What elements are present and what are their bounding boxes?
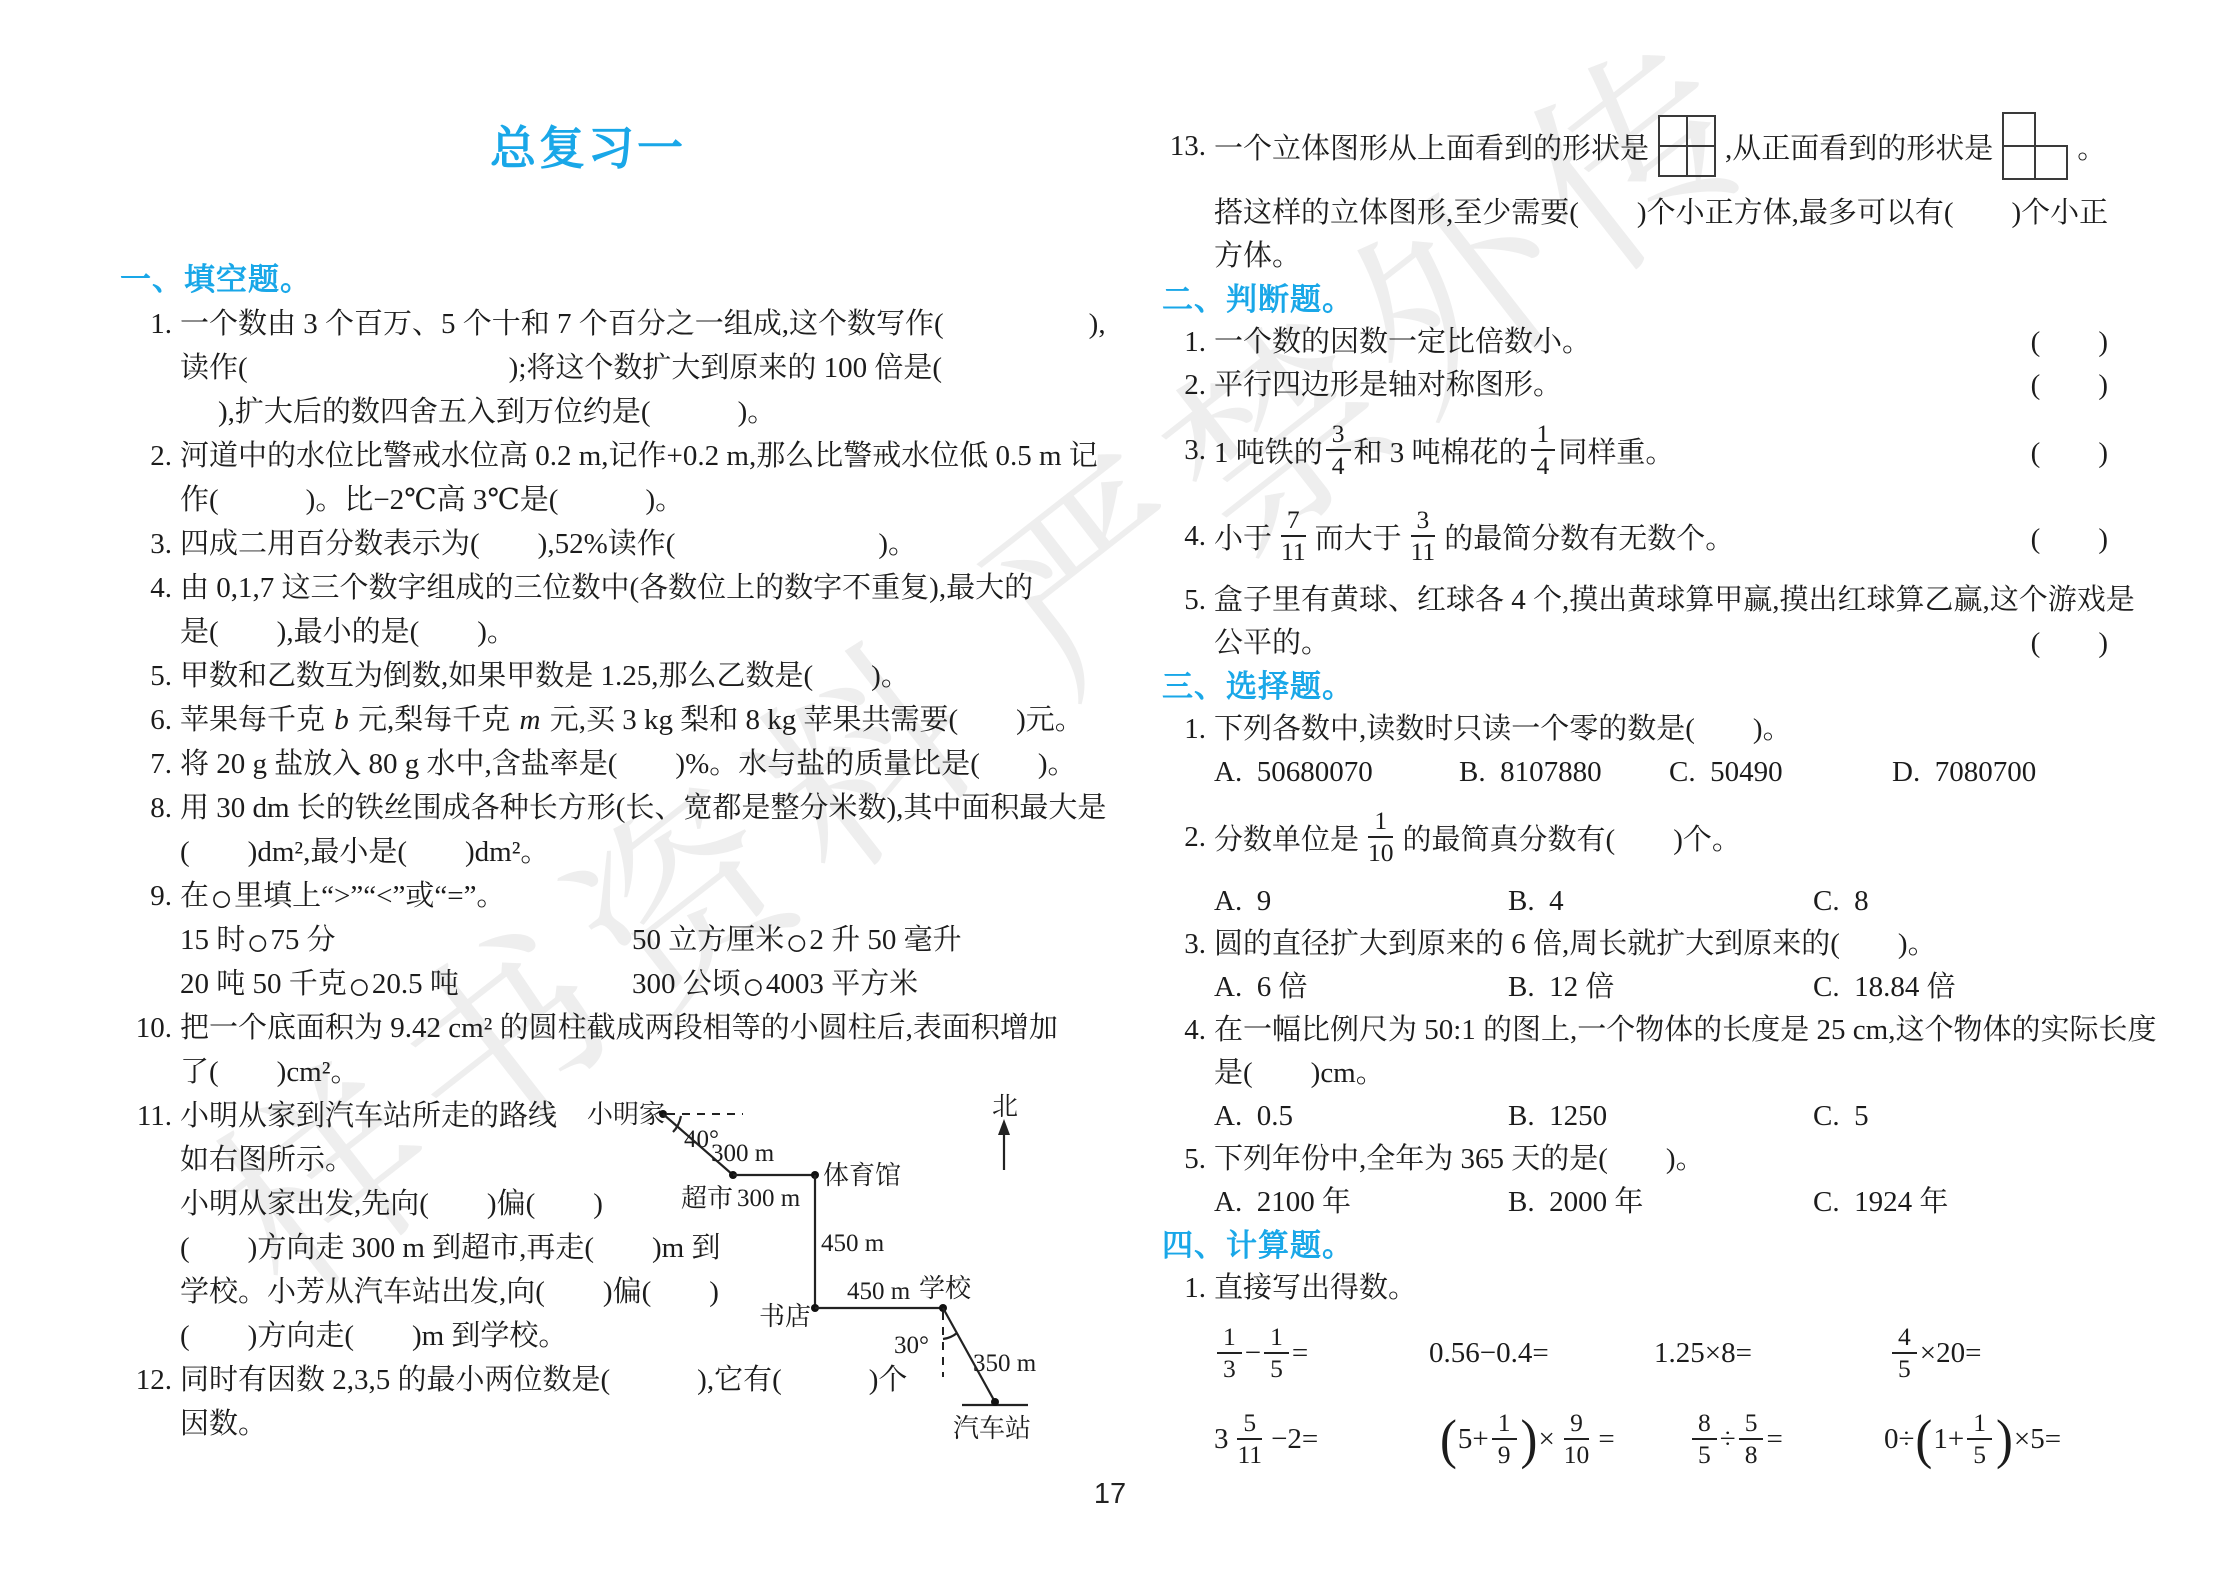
option: B. 4 [1508, 880, 1813, 923]
denominator: 4 [1326, 451, 1351, 481]
numerator: 9 [1564, 1408, 1589, 1440]
variable: b [332, 704, 351, 736]
question-line: 4.小于711而大于311的最简分数有无数个。( ) [1162, 493, 2110, 579]
d3-label: 450 m [821, 1230, 885, 1257]
answer-bracket: ( ) [2031, 516, 2110, 557]
numerator: 5 [1739, 1408, 1764, 1440]
question-line: 2.( )平行四边形是轴对称图形。 [1162, 364, 2110, 407]
question-text: 20 吨 50 千克○20.5 吨300 公顷○4003 平方米 [172, 962, 1056, 1006]
question-line: 3.圆的直径扩大到原来的 6 倍,周长就扩大到原来的( )。 [1162, 923, 2110, 966]
answer-bracket: ( ) [2031, 321, 2110, 364]
comparison-circle: ○ [246, 924, 269, 962]
angle2-label: 30° [894, 1332, 929, 1359]
section-heading: 一、填空题。 [120, 258, 1056, 302]
expression: 45×20= [1889, 1322, 1981, 1384]
question-text: 方体。 [1206, 235, 2110, 278]
big-paren: ) [1996, 1412, 2013, 1467]
question-text: 苹果每千克 b 元,梨每千克 m 元,买 3 kg 梨和 8 kg 苹果共需要(… [172, 698, 1056, 742]
question-number [1162, 192, 1206, 235]
options-row: A. 2100 年B. 2000 年C. 1924 年 [1162, 1181, 2110, 1224]
question-number [120, 1402, 172, 1446]
question-number: 3. [1162, 923, 1206, 966]
answer-bracket: ( ) [2031, 430, 2110, 471]
expression: 3511−2= [1214, 1408, 1439, 1470]
question-line: 6.苹果每千克 b 元,梨每千克 m 元,买 3 kg 梨和 8 kg 苹果共需… [120, 698, 1056, 742]
question-number: 1. [1162, 321, 1206, 364]
question-number: 4. [1162, 1009, 1206, 1052]
question-line: 1.一个数由 3 个百万、5 个十和 7 个百分之一组成,这个数写作( ), [120, 302, 1056, 346]
option: A. 50680070 [1214, 751, 1459, 794]
question-text-segment: ,从正面看到的形状是 [1725, 126, 1993, 167]
page-title: 总复习一 [120, 112, 1056, 178]
question-number [120, 1270, 172, 1314]
section-heading: 四、计算题。 [1162, 1224, 2110, 1267]
question-continuation-line: 20 吨 50 千克○20.5 吨300 公顷○4003 平方米 [120, 962, 1056, 1006]
option: A. 0.5 [1214, 1095, 1508, 1138]
question-number [120, 346, 172, 390]
question-number [120, 478, 172, 522]
question-line: 4.在一幅比例尺为 50:1 的图上,一个物体的长度是 25 cm,这个物体的实… [1162, 1009, 2110, 1052]
denominator: 9 [1492, 1440, 1517, 1470]
denominator: 10 [1558, 1440, 1596, 1470]
question-number [120, 1314, 172, 1358]
comparison-item: 50 立方厘米○2 升 50 毫升 [632, 918, 962, 962]
question-number: 5. [1162, 1138, 1206, 1181]
front-view-shape [2001, 111, 2069, 181]
expression: (5+19)×910= [1439, 1408, 1689, 1470]
options-row: A. 0.5B. 1250C. 5 [1162, 1095, 2110, 1138]
question-number [120, 918, 172, 962]
question-text: 在○里填上“>”“<”或“=”。 [172, 874, 1056, 918]
question-continuation-line: 是( ),最小的是( )。 [120, 610, 1056, 654]
station-label: 汽车站 [953, 1414, 1031, 1443]
numerator: 3 [1411, 505, 1436, 537]
question-continuation-line: ( )dm²,最小是( )dm²。 [120, 830, 1056, 874]
question-text: 1 吨铁的34和 3 吨棉花的14同样重。( ) [1206, 407, 2110, 493]
question-line: 1.( )一个数的因数一定比倍数小。 [1162, 321, 2110, 364]
question-line: 5.甲数和乙数互为倒数,如果甲数是 1.25,那么乙数是( )。 [120, 654, 1056, 698]
options-row: A. 6 倍B. 12 倍C. 18.84 倍 [1162, 966, 2110, 1009]
right-column: 13.一个立体图形从上面看到的形状是,从正面看到的形状是。搭这样的立体图形,至少… [1162, 0, 2110, 1482]
d1-label: 300 m [711, 1140, 775, 1167]
numerator: 1 [1264, 1322, 1289, 1354]
d2-label: 300 m [737, 1185, 801, 1212]
question-number [1162, 1052, 1206, 1095]
option: A. 6 倍 [1214, 966, 1508, 1009]
question-number: 1. [1162, 708, 1206, 751]
question-continuation-line: 方体。 [1162, 235, 2110, 278]
question-number: 5. [1162, 579, 1206, 622]
question-text: 读作( );将这个数扩大到原来的 100 倍是( [172, 346, 1056, 390]
option: C. 8 [1813, 880, 1869, 923]
north-label: 北 [992, 1092, 1018, 1121]
fraction: 85 [1692, 1408, 1717, 1470]
question-continuation-line: 读作( );将这个数扩大到原来的 100 倍是( [120, 346, 1056, 390]
denominator: 11 [1232, 1440, 1269, 1470]
question-number [120, 610, 172, 654]
comparison-circle: ○ [785, 924, 808, 962]
question-text: 搭这样的立体图形,至少需要( )个小正方体,最多可以有( )个小正 [1206, 192, 2110, 235]
question-number [120, 962, 172, 1006]
question-text: 分数单位是110的最简真分数有( )个。 [1206, 794, 2110, 880]
numerator: 8 [1692, 1408, 1717, 1440]
question-text: 用 30 dm 长的铁丝围成各种长方形(长、宽都是整分米数),其中面积最大是 [172, 786, 1056, 830]
option: C. 50490 [1669, 751, 1892, 794]
question-line: 2.河道中的水位比警戒水位高 0.2 m,记作+0.2 m,那么比警戒水位低 0… [120, 434, 1056, 478]
fraction: 14 [1531, 419, 1556, 481]
question-number: 1. [120, 302, 172, 346]
question-number: 12. [120, 1358, 172, 1402]
question-text: 是( ),最小的是( )。 [172, 610, 1056, 654]
fraction: 110 [1362, 806, 1400, 868]
question-text-segment: 。 [2077, 126, 2106, 167]
section-heading-label: 四、计算题。 [1162, 1224, 2110, 1267]
question-continuation-line: 搭这样的立体图形,至少需要( )个小正方体,最多可以有( )个小正 [1162, 192, 2110, 235]
question-text: 一个立体图形从上面看到的形状是,从正面看到的形状是。 [1206, 100, 2110, 192]
numerator: 1 [1531, 419, 1556, 451]
bookstore-label: 书店 [759, 1302, 811, 1331]
question-line: 4.由 0,1,7 这三个数字组成的三位数中(各数位上的数字不重复),最大的 [120, 566, 1056, 610]
question-line: 9.在○里填上“>”“<”或“=”。 [120, 874, 1056, 918]
numerator: 4 [1892, 1322, 1917, 1354]
home-label: 小明家 [587, 1100, 665, 1129]
section-heading: 三、选择题。 [1162, 665, 2110, 708]
denominator: 5 [1692, 1440, 1717, 1470]
big-paren: ) [1521, 1412, 1538, 1467]
question-text: ( )dm²,最小是( )dm²。 [172, 830, 1056, 874]
question-line: 3.1 吨铁的34和 3 吨棉花的14同样重。( ) [1162, 407, 2110, 493]
question-text: 圆的直径扩大到原来的 6 倍,周长就扩大到原来的( )。 [1206, 923, 2110, 966]
d5-label: 350 m [973, 1350, 1037, 1377]
question-text: 小于711而大于311的最简分数有无数个。( ) [1206, 493, 2110, 579]
gym-label: 体育馆 [823, 1161, 901, 1190]
question-number [120, 1050, 172, 1094]
question-text: 四成二用百分数表示为( ),52%读作( )。 [172, 522, 1056, 566]
question-continuation-line: 15 时○75 分50 立方厘米○2 升 50 毫升 [120, 918, 1056, 962]
denominator: 5 [1264, 1354, 1289, 1384]
fraction: 58 [1739, 1408, 1764, 1470]
question-number: 1. [1162, 1267, 1206, 1310]
fraction: 511 [1232, 1408, 1269, 1470]
comparison-circle: ○ [348, 968, 371, 1006]
big-paren: ( [1440, 1412, 1457, 1467]
option: D. 7080700 [1892, 751, 2036, 794]
question-number: 4. [120, 566, 172, 610]
expression: 0÷(1+15)×5= [1884, 1408, 2061, 1470]
question-text: 下列年份中,全年为 365 天的是( )。 [1206, 1138, 2110, 1181]
top-view-shape [1657, 114, 1717, 178]
section-heading-label: 一、填空题。 [120, 258, 1056, 302]
question-text: ( )平行四边形是轴对称图形。 [1206, 364, 2110, 407]
question-continuation-line: ),扩大后的数四舍五入到万位约是( )。 [120, 390, 1056, 434]
option: B. 12 倍 [1508, 966, 1813, 1009]
question-line: 13.一个立体图形从上面看到的形状是,从正面看到的形状是。 [1162, 100, 2110, 192]
numerator: 3 [1326, 419, 1351, 451]
d4-label: 450 m [847, 1278, 911, 1305]
station-dot [991, 1398, 999, 1406]
denominator: 11 [1405, 537, 1442, 567]
variable: m [518, 704, 543, 736]
question-number: 2. [120, 434, 172, 478]
question-number: 8. [120, 786, 172, 830]
expression: 0.56−0.4= [1429, 1332, 1654, 1375]
question-number [120, 830, 172, 874]
section-heading-label: 三、选择题。 [1162, 665, 2110, 708]
fraction: 910 [1558, 1408, 1596, 1470]
question-text: 河道中的水位比警戒水位高 0.2 m,记作+0.2 m,那么比警戒水位低 0.5… [172, 434, 1056, 478]
north-arrow-head [998, 1119, 1010, 1135]
denominator: 10 [1362, 838, 1400, 868]
question-number: 2. [1162, 794, 1206, 880]
question-continuation-line: 作( )。比−2℃高 3℃是( )。 [120, 478, 1056, 522]
question-number: 6. [120, 698, 172, 742]
numerator: 5 [1237, 1408, 1262, 1440]
option: A. 9 [1214, 880, 1508, 923]
numerator: 1 [1967, 1408, 1992, 1440]
fraction: 15 [1967, 1408, 1992, 1470]
question-number [1162, 235, 1206, 278]
option: B. 8107880 [1459, 751, 1669, 794]
options-row: A. 50680070B. 8107880C. 50490D. 7080700 [1162, 751, 2110, 794]
page-number: 17 [1060, 1478, 1160, 1511]
comparison-item: 15 时○75 分 [180, 918, 632, 962]
question-text: 在一幅比例尺为 50:1 的图上,一个物体的长度是 25 cm,这个物体的实际长… [1206, 1009, 2110, 1052]
question-text: 作( )。比−2℃高 3℃是( )。 [172, 478, 1056, 522]
question-text: ( )一个数的因数一定比倍数小。 [1206, 321, 2110, 364]
question-text: 由 0,1,7 这三个数字组成的三位数中(各数位上的数字不重复),最大的 [172, 566, 1056, 610]
comparison-circle: ○ [210, 880, 233, 918]
big-paren: ( [1915, 1412, 1932, 1467]
question-number: 11. [120, 1094, 172, 1138]
question-text: 将 20 g 盐放入 80 g 水中,含盐率是( )%。水与盐的质量比是( )。 [172, 742, 1056, 786]
option: C. 18.84 倍 [1813, 966, 1956, 1009]
comparison-circle: ○ [742, 968, 765, 1006]
question-number: 4. [1162, 493, 1206, 579]
denominator: 5 [1967, 1440, 1992, 1470]
question-number [120, 1138, 172, 1182]
numerator: 1 [1217, 1322, 1242, 1354]
expression: 1.25×8= [1654, 1332, 1889, 1375]
denominator: 5 [1892, 1354, 1917, 1384]
fraction: 34 [1326, 419, 1351, 481]
question-continuation-line: ( )公平的。 [1162, 622, 2110, 665]
question-number: 3. [120, 522, 172, 566]
option: B. 1250 [1508, 1095, 1813, 1138]
question-number: 7. [120, 742, 172, 786]
question-number [120, 1226, 172, 1270]
numerator: 1 [1492, 1408, 1517, 1440]
comparison-item: 300 公顷○4003 平方米 [632, 962, 918, 1006]
options-row: A. 9B. 4C. 8 [1162, 880, 2110, 923]
question-number [120, 1182, 172, 1226]
denominator: 11 [1275, 537, 1312, 567]
question-number [120, 390, 172, 434]
question-text: 下列各数中,读数时只读一个零的数是( )。 [1206, 708, 2110, 751]
section-heading-label: 二、判断题。 [1162, 278, 2110, 321]
fraction: 45 [1892, 1322, 1917, 1384]
question-text-segment: 一个立体图形从上面看到的形状是 [1214, 126, 1649, 167]
fraction: 15 [1264, 1322, 1289, 1384]
question-number [1162, 622, 1206, 665]
fraction: 711 [1275, 505, 1312, 567]
supermarket-label: 超市 [681, 1184, 733, 1213]
question-number: 10. [120, 1006, 172, 1050]
question-text: 一个数由 3 个百万、5 个十和 7 个百分之一组成,这个数写作( ), [172, 302, 1056, 346]
fraction: 19 [1492, 1408, 1517, 1470]
question-line: 1.直接写出得数。 [1162, 1267, 2110, 1310]
denominator: 8 [1739, 1440, 1764, 1470]
expression: 13−15= [1214, 1322, 1429, 1384]
question-number: 9. [120, 874, 172, 918]
calculation-row: 3511−2=(5+19)×910=85÷58=0÷(1+15)×5= [1162, 1396, 2110, 1482]
fraction: 311 [1405, 505, 1442, 567]
option: A. 2100 年 [1214, 1181, 1508, 1224]
question-text: ),扩大后的数四舍五入到万位约是( )。 [172, 390, 1056, 434]
worksheet-page: 样书资料 严禁外传 总复习一 一、填空题。1.一个数由 3 个百万、5 个十和 … [0, 0, 2220, 1571]
question-text: 是( )cm。 [1206, 1052, 2110, 1095]
question-line: 2.分数单位是110的最简真分数有( )个。 [1162, 794, 2110, 880]
question-number: 2. [1162, 364, 1206, 407]
question-text: 甲数和乙数互为倒数,如果甲数是 1.25,那么乙数是( )。 [172, 654, 1056, 698]
option: C. 1924 年 [1813, 1181, 1948, 1224]
question-number: 5. [120, 654, 172, 698]
question-line: 5.盒子里有黄球、红球各 4 个,摸出黄球算甲赢,摸出红球算乙赢,这个游戏是 [1162, 579, 2110, 622]
question-text: ( )公平的。 [1206, 622, 2110, 665]
route-map-diagram: 小明家 40° 300 m 超市 300 m 体育馆 450 m 书店 450 … [585, 1085, 1060, 1450]
denominator: 3 [1217, 1354, 1242, 1384]
calculation-row: 13−15=0.56−0.4=1.25×8=45×20= [1162, 1310, 2110, 1396]
question-line: 5.下列年份中,全年为 365 天的是( )。 [1162, 1138, 2110, 1181]
question-line: 8.用 30 dm 长的铁丝围成各种长方形(长、宽都是整分米数),其中面积最大是 [120, 786, 1056, 830]
section-heading: 二、判断题。 [1162, 278, 2110, 321]
question-continuation-line: 是( )cm。 [1162, 1052, 2110, 1095]
numerator: 7 [1281, 505, 1306, 537]
angle2-arc [943, 1333, 957, 1339]
question-number: 3. [1162, 407, 1206, 493]
question-text: 15 时○75 分50 立方厘米○2 升 50 毫升 [172, 918, 1056, 962]
option: B. 2000 年 [1508, 1181, 1813, 1224]
comparison-item: 20 吨 50 千克○20.5 吨 [180, 962, 632, 1006]
question-line: 7.将 20 g 盐放入 80 g 水中,含盐率是( )%。水与盐的质量比是( … [120, 742, 1056, 786]
fraction: 13 [1217, 1322, 1242, 1384]
answer-bracket: ( ) [2031, 622, 2110, 665]
question-number: 13. [1162, 100, 1206, 192]
denominator: 4 [1531, 451, 1556, 481]
question-text: 盒子里有黄球、红球各 4 个,摸出黄球算甲赢,摸出红球算乙赢,这个游戏是 [1206, 579, 2110, 622]
option: C. 5 [1813, 1095, 1869, 1138]
expression: 85÷58= [1689, 1408, 1884, 1470]
school-label: 学校 [919, 1274, 972, 1303]
answer-bracket: ( ) [2031, 364, 2110, 407]
numerator: 1 [1368, 806, 1393, 838]
question-line: 3.四成二用百分数表示为( ),52%读作( )。 [120, 522, 1056, 566]
question-line: 10.把一个底面积为 9.42 cm² 的圆柱截成两段相等的小圆柱后,表面积增加 [120, 1006, 1056, 1050]
question-text: 直接写出得数。 [1206, 1267, 2110, 1310]
question-text: 把一个底面积为 9.42 cm² 的圆柱截成两段相等的小圆柱后,表面积增加 [172, 1006, 1056, 1050]
question-line: 1.下列各数中,读数时只读一个零的数是( )。 [1162, 708, 2110, 751]
